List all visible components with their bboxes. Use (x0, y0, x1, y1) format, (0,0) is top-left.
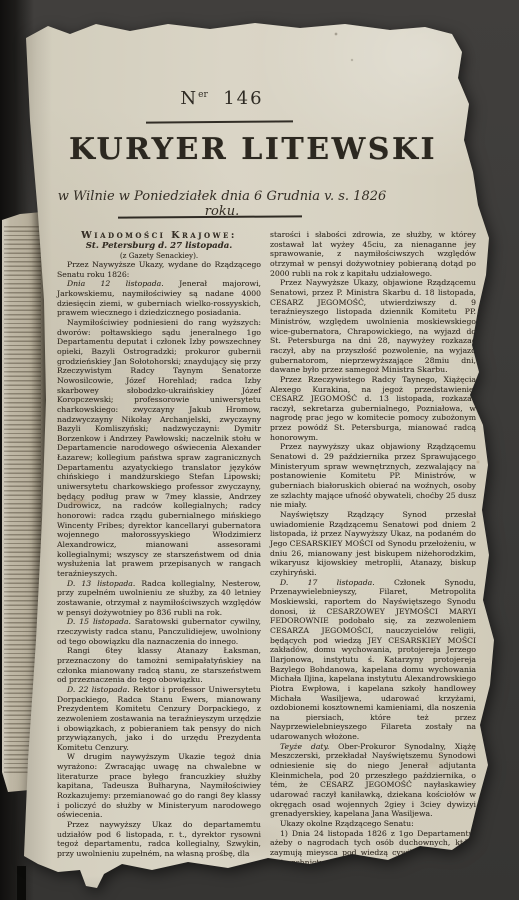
right-column: starości i słabości zdrowia, ze służby, … (270, 230, 476, 867)
article-paragraph: Przez naywyższy ukaz objawiony Rządzącem… (270, 442, 476, 510)
issue-rule (146, 120, 293, 123)
issue-prefix: N (180, 88, 198, 109)
issue-value: 146 (223, 88, 263, 109)
article-paragraph: Przez Rzeczywistego Radcy Taynego, Xiążę… (270, 375, 476, 443)
article-paragraph: starości i słabości zdrowia, ze służby, … (270, 230, 476, 278)
masthead-title: KURYER LITEWSKI (50, 132, 456, 167)
masthead-dateline: w Wilnie w Poniedziałek dnia 6 Grudnia v… (50, 189, 394, 219)
paper-sheet: Ner 146 KURYER LITEWSKI w Wilnie w Ponie… (0, 0, 519, 900)
article-columns: Wiadomości Krajowe:St. Petersburg d. 27 … (57, 230, 476, 867)
article-paragraph: Rangi 6tey klassy Atanazy Łaksman, przez… (57, 646, 261, 685)
article-paragraph: Przez Naywyższe Ukazy, objawione Rządząc… (270, 278, 476, 375)
article-paragraph: Dnia 12 listopada. Jenerał majorowi, Jar… (57, 279, 261, 318)
article-paragraph: Przez naywyższy Ukaz do departamemtu udz… (57, 820, 261, 859)
article-paragraph: Teyże daty. Ober-Prokuror Synodalny, Xią… (270, 742, 476, 819)
issue-number: Ner 146 (50, 88, 394, 109)
article-paragraph: 1) Dnia 24 listopada 1826 z 1go Departam… (270, 829, 476, 868)
article-paragraph: D. 22 listopada. Rektor i professor Uniw… (57, 685, 261, 753)
article-paragraph: W drugim naywyższym Ukazie tegoż dnia wy… (57, 752, 261, 820)
article-paragraph: Wiadomości Krajowe: (57, 230, 261, 241)
article-paragraph: D. 17 listopada. Członek Synodu, Przenay… (270, 578, 476, 742)
article-paragraph: Przez Naywyższe Ukazy, wydane do Rządząc… (57, 260, 261, 279)
article-paragraph: St. Petersburg d. 27 listopada. (57, 241, 261, 251)
left-column: Wiadomości Krajowe:St. Petersburg d. 27 … (57, 230, 261, 867)
article-paragraph: Naymiłościwiey podniesieni do rang wyższ… (57, 318, 261, 579)
issue-ordinal-suffix: er (198, 90, 208, 100)
article-paragraph: D. 15 listopada. Saratowski gubernator c… (57, 617, 261, 646)
newspaper-scan: Ner 146 KURYER LITEWSKI w Wilnie w Ponie… (0, 0, 519, 900)
article-paragraph: (z Gazety Senackiey). (57, 251, 261, 260)
article-paragraph: Ukazy okolne Rządzącego Senatu: (270, 819, 476, 829)
paper-shadow: Ner 146 KURYER LITEWSKI w Wilnie w Ponie… (0, 0, 519, 900)
article-paragraph: D. 13 listopada. Radca kollegialny, Nest… (57, 579, 261, 618)
article-paragraph: Nayświętszy Rządzący Synod przesłał uwia… (270, 510, 476, 578)
